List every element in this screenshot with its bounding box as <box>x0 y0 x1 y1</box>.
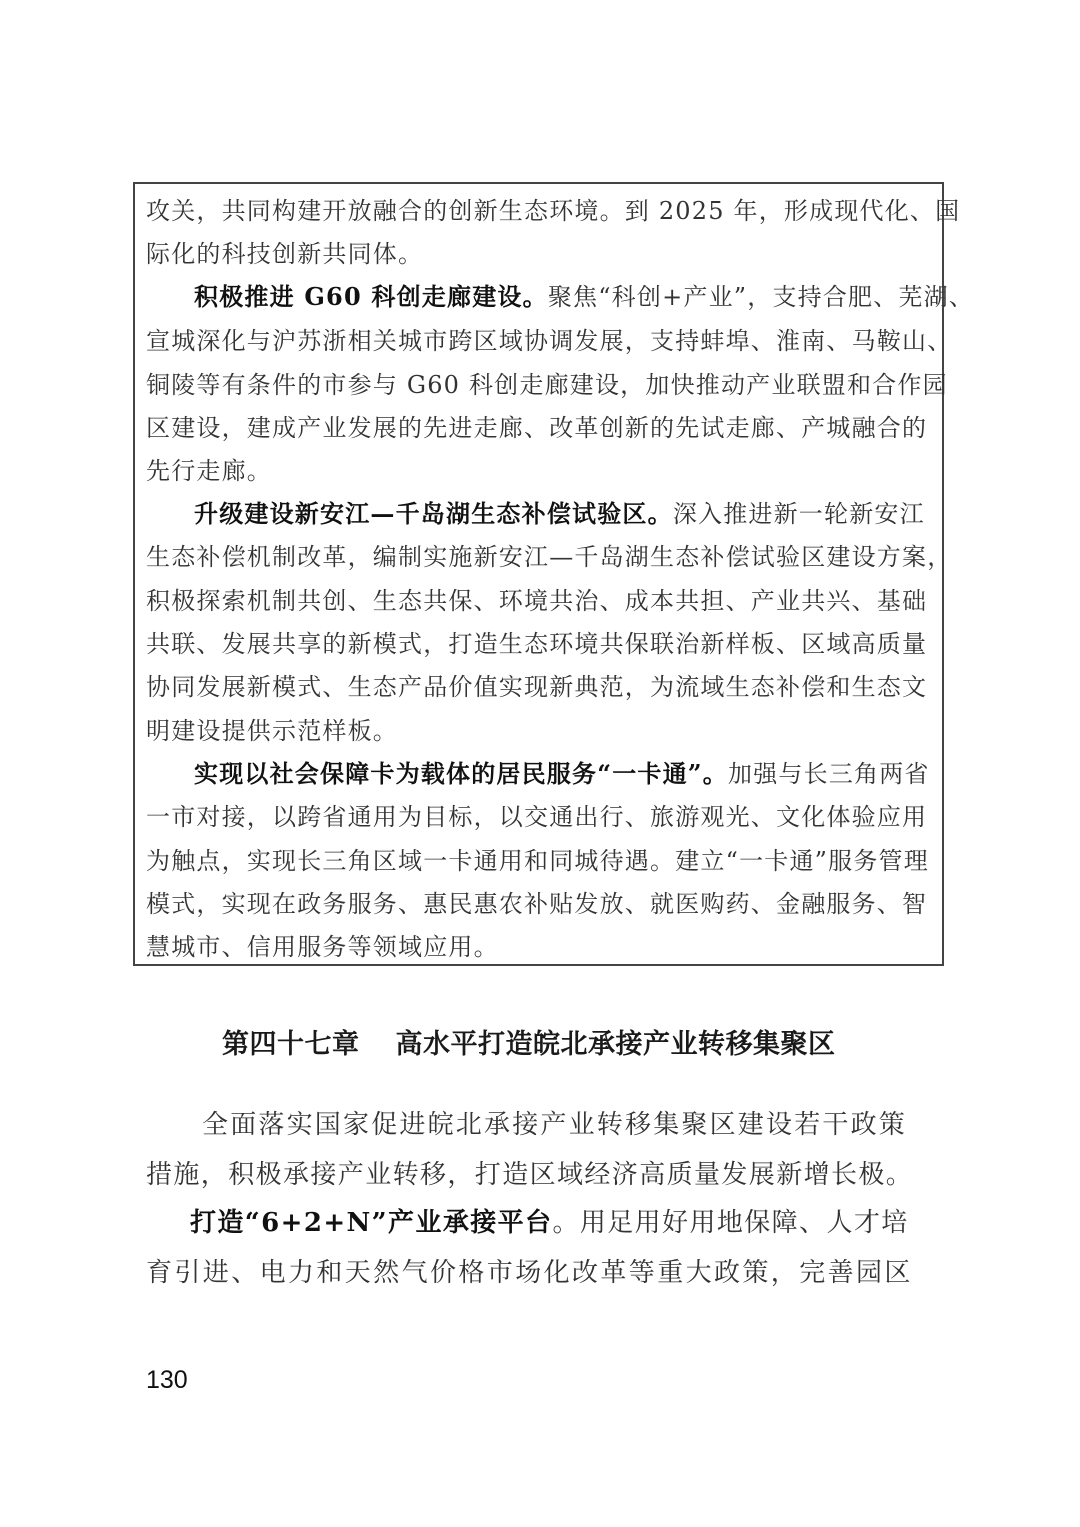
bold-lead: 升级建设新安江—千岛湖生态补偿试验区。 <box>194 499 673 528</box>
paragraph-line: 为触点，实现长三角区域一卡通用和同城待遇。建立“一卡通”服务管理 <box>146 846 929 876</box>
paragraph-line: 共联、发展共享的新模式，打造生态环境共保联治新样板、区域高质量 <box>146 629 927 659</box>
paragraph-line: 协同发展新模式、生态产品价值实现新典范，为流域生态补偿和生态文 <box>146 672 927 702</box>
paragraph-line: 积极探索机制共创、生态共保、环境共治、成本共担、产业共兴、基础 <box>146 586 927 616</box>
paragraph-line-lead: 升级建设新安江—千岛湖生态补偿试验区。深入推进新一轮新安江 <box>194 499 925 529</box>
paragraph-line: 明建设提供示范样板。 <box>146 716 398 746</box>
chapter-title: 高水平打造皖北承接产业转移集聚区 <box>396 1029 836 1060</box>
paragraph-line: 际化的科技创新共同体。 <box>146 239 423 269</box>
paragraph-line-lead: 积极推进 G60 科创走廊建设。聚焦“科创+产业”，支持合肥、芜湖、 <box>194 282 974 312</box>
paragraph-line: 先行走廊。 <box>146 456 272 486</box>
paragraph-line: 措施，积极承接产业转移，打造区域经济高质量发展新增长极。 <box>146 1160 913 1190</box>
paragraph-line-lead: 打造“6+2+N”产业承接平台。用足用好用地保障、人才培 <box>190 1208 909 1238</box>
chapter-heading: 第四十七章高水平打造皖北承接产业转移集聚区 <box>222 1022 836 1061</box>
bold-lead: 实现以社会保障卡为载体的居民服务“一卡通”。 <box>194 759 728 788</box>
paragraph-line: 攻关，共同构建开放融合的创新生态环境。到 2025 年，形成现代化、国 <box>146 196 960 226</box>
bold-lead: 积极推进 G60 科创走廊建设。 <box>194 282 548 311</box>
chapter-number: 第四十七章 <box>222 1029 360 1060</box>
paragraph-line: 育引进、电力和天然气价格市场化改革等重大政策，完善园区 <box>146 1258 913 1288</box>
paragraph-line: 全面落实国家促进皖北承接产业转移集聚区建设若干政策 <box>202 1110 907 1140</box>
paragraph-line: 模式，实现在政务服务、惠民惠农补贴发放、就医购药、金融服务、智 <box>146 889 927 919</box>
paragraph-line: 宣城深化与沪苏浙相关城市跨区域协调发展，支持蚌埠、淮南、马鞍山、 <box>146 326 952 356</box>
bold-lead: 打造“6+2+N”产业承接平台 <box>190 1208 552 1238</box>
page-number: 130 <box>146 1366 188 1395</box>
paragraph-line: 区建设，建成产业发展的先进走廊、改革创新的先试走廊、产城融合的 <box>146 413 927 443</box>
paragraph-line-lead: 实现以社会保障卡为载体的居民服务“一卡通”。加强与长三角两省 <box>194 759 930 789</box>
paragraph-line: 慧城市、信用服务等领域应用。 <box>146 932 499 962</box>
paragraph-line: 铜陵等有条件的市参与 G60 科创走廊建设，加快推动产业联盟和合作园 <box>146 370 948 400</box>
paragraph-line: 一市对接，以跨省通用为目标，以交通出行、旅游观光、文化体验应用 <box>146 802 927 832</box>
paragraph-line: 生态补偿机制改革，编制实施新安江—千岛湖生态补偿试验区建设方案， <box>146 542 952 572</box>
